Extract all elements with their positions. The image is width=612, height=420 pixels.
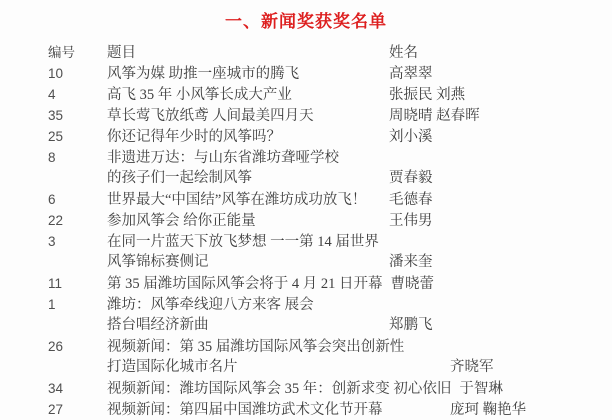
row-title: 潍坊：风筝牵线迎八方来客 展会 (107, 295, 389, 316)
header-id: 编号 (48, 42, 107, 63)
table-row-line: 1潍坊：风筝牵线迎八方来客 展会 (0, 294, 612, 315)
table-row: 3在同一片蓝天下放飞梦想 一一第 14 届世界风筝锦标赛侧记潘来奎 (0, 231, 612, 273)
row-id: 11 (48, 273, 107, 294)
row-name: 郑鹏飞 (389, 315, 433, 336)
table-row-line: 26视频新闻：第 35 届潍坊国际风筝会突出创新性 (0, 336, 612, 357)
row-id: 6 (48, 189, 107, 210)
row-id: 8 (48, 147, 107, 168)
row-name: 庞珂 鞠艳华 (450, 400, 526, 420)
table-row: 34视频新闻：潍坊国际风筝会 35 年：创新求变 初心依旧于智琳 (0, 378, 612, 399)
row-title: 风筝锦标赛侧记 (107, 252, 389, 273)
row-id: 27 (48, 399, 107, 420)
row-name: 于智琳 (459, 379, 503, 400)
row-id: 25 (48, 126, 107, 147)
header-name: 姓名 (389, 43, 418, 64)
row-id: 3 (48, 231, 107, 252)
table-row-line: 3在同一片蓝天下放飞梦想 一一第 14 届世界 (0, 231, 612, 252)
table-row-line: 27视频新闻：第四届中国潍坊武术文化节开幕庞珂 鞠艳华 (0, 399, 612, 420)
table-row: 10风筝为媒 助推一座城市的腾飞高翠翠 (0, 63, 612, 84)
row-title: 第 35 届潍坊国际风筝会将于 4 月 21 日开幕 (107, 274, 391, 295)
award-table: 编号 题目 姓名 10风筝为媒 助推一座城市的腾飞高翠翠4高飞 35 年 小风筝… (0, 42, 612, 420)
table-row-line: 34视频新闻：潍坊国际风筝会 35 年：创新求变 初心依旧于智琳 (0, 378, 612, 399)
row-title: 搭台唱经济新曲 (107, 315, 389, 336)
table-row: 22参加风筝会 给你正能量王伟男 (0, 210, 612, 231)
table-row: 1潍坊：风筝牵线迎八方来客 展会搭台唱经济新曲郑鹏飞 (0, 294, 612, 336)
row-title: 非遗进万达：与山东省潍坊聋哑学校 (107, 148, 389, 169)
row-title: 世界最大“中国结”风筝在潍坊成功放飞！ (107, 190, 389, 211)
row-id: 1 (48, 294, 107, 315)
table-row-line: 6世界最大“中国结”风筝在潍坊成功放飞！毛德春 (0, 189, 612, 210)
table-header-row: 编号 题目 姓名 (0, 42, 612, 63)
row-title: 视频新闻：潍坊国际风筝会 35 年：创新求变 初心依旧 (107, 379, 459, 400)
table-row-line: 22参加风筝会 给你正能量王伟男 (0, 210, 612, 231)
row-title: 视频新闻：第四届中国潍坊武术文化节开幕 (107, 400, 450, 420)
row-name: 潘来奎 (389, 252, 433, 273)
row-title: 的孩子们一起绘制风筝 (107, 168, 389, 189)
table-row: 11第 35 届潍坊国际风筝会将于 4 月 21 日开幕曹晓蕾 (0, 273, 612, 294)
table-row: 26视频新闻：第 35 届潍坊国际风筝会突出创新性打造国际化城市名片齐晓军 (0, 336, 612, 378)
table-row-line: 风筝锦标赛侧记潘来奎 (0, 252, 612, 273)
table-row-line: 10风筝为媒 助推一座城市的腾飞高翠翠 (0, 63, 612, 84)
row-name: 齐晓军 (450, 357, 494, 378)
row-title: 草长莺飞放纸鸢 人间最美四月天 (107, 106, 389, 127)
row-title: 你还记得年少时的风筝吗？ (107, 127, 389, 148)
row-name: 张振民 刘燕 (389, 85, 465, 106)
row-title: 参加风筝会 给你正能量 (107, 211, 389, 232)
table-row-line: 8非遗进万达：与山东省潍坊聋哑学校 (0, 147, 612, 168)
document-page: 一、新闻奖获奖名单 编号 题目 姓名 10风筝为媒 助推一座城市的腾飞高翠翠4高… (0, 0, 612, 420)
row-name: 毛德春 (389, 190, 433, 211)
row-id: 34 (48, 378, 107, 399)
table-row-line: 打造国际化城市名片齐晓军 (0, 357, 612, 378)
table-row-line: 的孩子们一起绘制风筝贾春毅 (0, 168, 612, 189)
row-title: 打造国际化城市名片 (107, 357, 450, 378)
row-id: 26 (48, 336, 107, 357)
table-row: 6世界最大“中国结”风筝在潍坊成功放飞！毛德春 (0, 189, 612, 210)
row-name: 周晓晴 赵春晖 (389, 106, 480, 127)
row-id: 22 (48, 210, 107, 231)
table-row-line: 35草长莺飞放纸鸢 人间最美四月天周晓晴 赵春晖 (0, 105, 612, 126)
row-title: 在同一片蓝天下放飞梦想 一一第 14 届世界 (107, 232, 389, 253)
row-id: 4 (48, 84, 107, 105)
row-name: 高翠翠 (389, 64, 433, 85)
row-name: 王伟男 (389, 211, 433, 232)
row-name: 贾春毅 (389, 168, 433, 189)
table-row: 25你还记得年少时的风筝吗？刘小溪 (0, 126, 612, 147)
table-row-line: 搭台唱经济新曲郑鹏飞 (0, 315, 612, 336)
table-row-line: 25你还记得年少时的风筝吗？刘小溪 (0, 126, 612, 147)
row-name: 刘小溪 (389, 127, 433, 148)
table-row-line: 11第 35 届潍坊国际风筝会将于 4 月 21 日开幕曹晓蕾 (0, 273, 612, 294)
page-title: 一、新闻奖获奖名单 (0, 11, 612, 33)
table-row-line: 4高飞 35 年 小风筝长成大产业张振民 刘燕 (0, 84, 612, 105)
row-name: 曹晓蕾 (391, 274, 435, 295)
row-id: 10 (48, 63, 107, 84)
table-row: 4高飞 35 年 小风筝长成大产业张振民 刘燕 (0, 84, 612, 105)
table-rows: 10风筝为媒 助推一座城市的腾飞高翠翠4高飞 35 年 小风筝长成大产业张振民 … (0, 63, 612, 420)
row-title: 风筝为媒 助推一座城市的腾飞 (107, 64, 389, 85)
table-row: 27视频新闻：第四届中国潍坊武术文化节开幕庞珂 鞠艳华 (0, 399, 612, 420)
header-title: 题目 (107, 43, 389, 64)
table-row: 35草长莺飞放纸鸢 人间最美四月天周晓晴 赵春晖 (0, 105, 612, 126)
row-title: 视频新闻：第 35 届潍坊国际风筝会突出创新性 (107, 337, 450, 358)
row-title: 高飞 35 年 小风筝长成大产业 (107, 85, 389, 106)
row-id: 35 (48, 105, 107, 126)
table-row: 8非遗进万达：与山东省潍坊聋哑学校的孩子们一起绘制风筝贾春毅 (0, 147, 612, 189)
